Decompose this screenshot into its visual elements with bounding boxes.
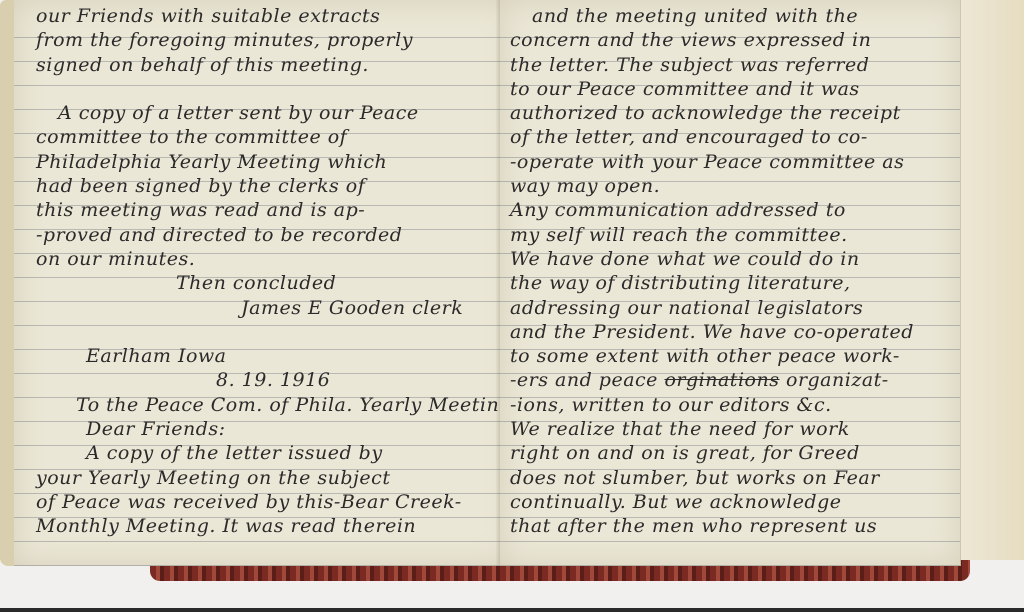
text-line: continually. But we acknowledge [510, 490, 960, 514]
right-page-text: and the meeting united with the concern … [510, 4, 960, 539]
text-line: and the President. We have co-operated [510, 320, 960, 344]
text-line: Any communication addressed to [510, 198, 960, 222]
right-page-margin [960, 0, 1024, 560]
letter-salutation: Dear Friends: [36, 417, 514, 441]
blank-line [36, 320, 514, 344]
text-line: concern and the views expressed in [510, 28, 960, 52]
text-line: We have done what we could do in [510, 247, 960, 271]
text-line: addressing our national legislators [510, 296, 960, 320]
blank-line [36, 77, 514, 101]
text-line: our Friends with suitable extracts [36, 4, 514, 28]
text-line: -ers and peace orginations organizat- [510, 368, 960, 392]
right-page: and the meeting united with the concern … [500, 0, 961, 566]
text-line: Philadelphia Yearly Meeting which [36, 150, 514, 174]
text-line: -operate with your Peace committee as [510, 150, 960, 174]
text-line: Monthly Meeting. It was read therein [36, 514, 514, 538]
letter-addressee: To the Peace Com. of Phila. Yearly Meeti… [36, 393, 514, 417]
text-line: to our Peace committee and it was [510, 77, 960, 101]
open-notebook: our Friends with suitable extracts from … [0, 0, 1024, 570]
text-line: Then concluded [36, 271, 514, 295]
text-line: from the foregoing minutes, properly [36, 28, 514, 52]
text-line: authorized to acknowledge the receipt [510, 101, 960, 125]
text-fragment: organizat- [786, 369, 889, 391]
text-line: -ions, written to our editors &c. [510, 393, 960, 417]
text-line: A copy of the letter issued by [36, 441, 514, 465]
left-page-text: our Friends with suitable extracts from … [36, 4, 514, 539]
letter-date: 8. 19. 1916 [36, 368, 514, 392]
text-line: the letter. The subject was referred [510, 53, 960, 77]
text-line: and the meeting united with the [510, 4, 960, 28]
text-line: on our minutes. [36, 247, 514, 271]
text-line: that after the men who represent us [510, 514, 960, 538]
clerk-signature: James E Gooden clerk [36, 296, 514, 320]
text-fragment: -ers and peace [510, 369, 658, 391]
letter-place: Earlham Iowa [36, 344, 514, 368]
text-line: committee to the committee of [36, 125, 514, 149]
text-line: your Yearly Meeting on the subject [36, 466, 514, 490]
text-line: of the letter, and encouraged to co- [510, 125, 960, 149]
text-line: to some extent with other peace work- [510, 344, 960, 368]
text-line: of Peace was received by this-Bear Creek… [36, 490, 514, 514]
text-line: the way of distributing literature, [510, 271, 960, 295]
text-line: this meeting was read and is ap- [36, 198, 514, 222]
text-line: A copy of a letter sent by our Peace [36, 101, 514, 125]
text-line: signed on behalf of this meeting. [36, 53, 514, 77]
text-line: had been signed by the clerks of [36, 174, 514, 198]
text-line: We realize that the need for work [510, 417, 960, 441]
text-line: right on and on is great, for Greed [510, 441, 960, 465]
text-line: -proved and directed to be recorded [36, 223, 514, 247]
text-line: my self will reach the committee. [510, 223, 960, 247]
text-line: way may open. [510, 174, 960, 198]
left-page: our Friends with suitable extracts from … [0, 0, 514, 566]
bottom-edge [0, 608, 1024, 612]
struck-out-word: orginations [664, 369, 779, 391]
text-line: does not slumber, but works on Fear [510, 466, 960, 490]
